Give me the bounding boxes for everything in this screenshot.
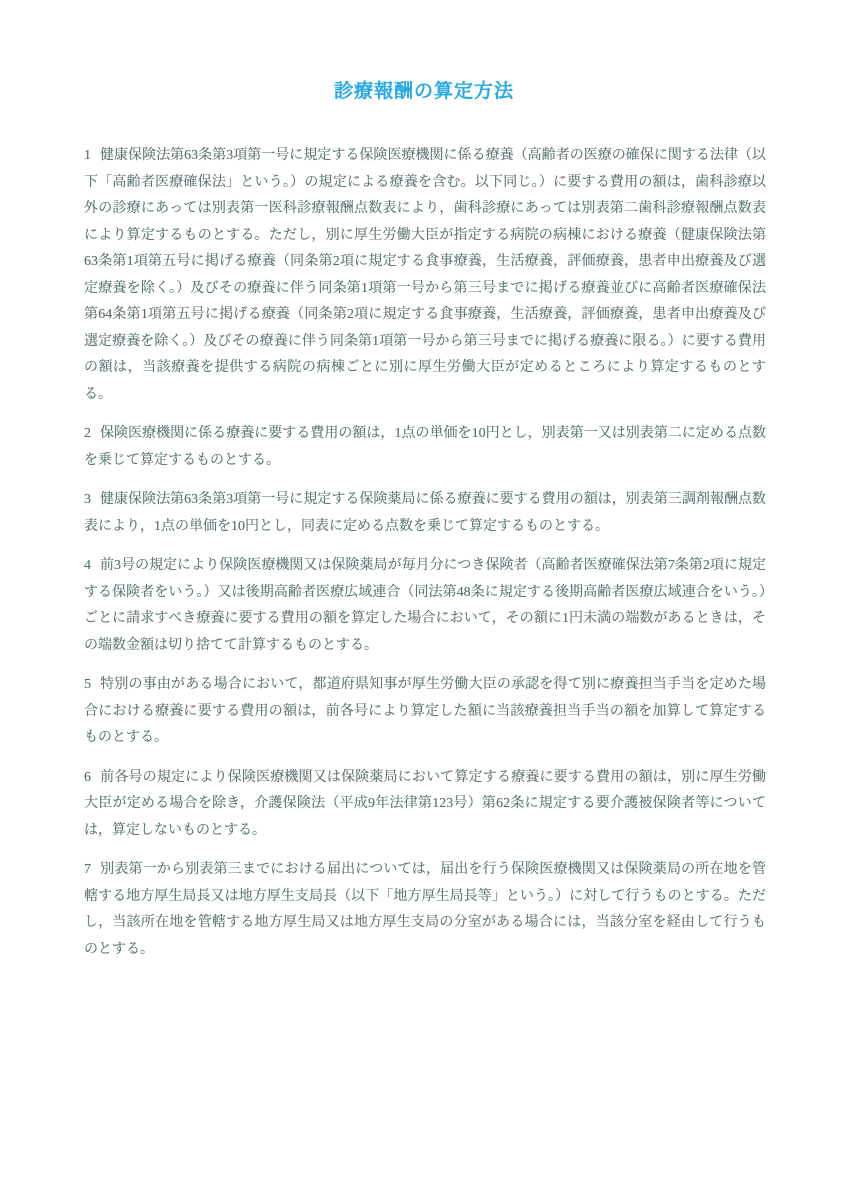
document-page: 診療報酬の算定方法 1健康保険法第63条第3項第一号に規定する保険医療機関に係る…	[0, 0, 848, 1200]
paragraph-number: 7	[84, 862, 100, 877]
paragraph-text: 保険医療機関に係る療養に要する費用の額は，1点の単価を10円とし，別表第一又は別…	[84, 426, 766, 468]
paragraph-text: 別表第一から別表第三までにおける届出については，届出を行う保険医療機関又は保険薬…	[84, 862, 766, 957]
paragraph-number: 1	[84, 148, 100, 163]
numbered-paragraph: 3健康保険法第63条第3項第一号に規定する保険薬局に係る療養に要する費用の額は，…	[84, 487, 766, 540]
page-title: 診療報酬の算定方法	[0, 0, 848, 103]
paragraph-number: 2	[84, 426, 100, 441]
numbered-paragraph: 5特別の事由がある場合において，都道府県知事が厚生労働大臣の承認を得て別に療養担…	[84, 672, 766, 752]
numbered-paragraph: 2保険医療機関に係る療養に要する費用の額は，1点の単価を10円とし，別表第一又は…	[84, 421, 766, 474]
numbered-paragraph: 1健康保険法第63条第3項第一号に規定する保険医療機関に係る療養（高齢者の医療の…	[84, 143, 766, 408]
paragraph-number: 4	[84, 558, 100, 573]
paragraph-text: 健康保険法第63条第3項第一号に規定する保険医療機関に係る療養（高齢者の医療の確…	[84, 148, 766, 402]
paragraph-number: 5	[84, 677, 100, 692]
numbered-paragraph: 6前各号の規定により保険医療機関又は保険薬局において算定する療養に要する費用の額…	[84, 765, 766, 845]
document-body: 1健康保険法第63条第3項第一号に規定する保険医療機関に係る療養（高齢者の医療の…	[84, 143, 766, 963]
paragraph-number: 6	[84, 770, 100, 785]
paragraph-number: 3	[84, 492, 100, 507]
numbered-paragraph: 7別表第一から別表第三までにおける届出については，届出を行う保険医療機関又は保険…	[84, 857, 766, 963]
paragraph-text: 特別の事由がある場合において，都道府県知事が厚生労働大臣の承認を得て別に療養担当…	[84, 677, 766, 745]
paragraph-text: 前3号の規定により保険医療機関又は保険薬局が毎月分につき保険者（高齢者医療確保法…	[84, 558, 766, 653]
paragraph-text: 健康保険法第63条第3項第一号に規定する保険薬局に係る療養に要する費用の額は，別…	[84, 492, 766, 534]
numbered-paragraph: 4前3号の規定により保険医療機関又は保険薬局が毎月分につき保険者（高齢者医療確保…	[84, 553, 766, 659]
paragraph-text: 前各号の規定により保険医療機関又は保険薬局において算定する療養に要する費用の額は…	[84, 770, 766, 838]
